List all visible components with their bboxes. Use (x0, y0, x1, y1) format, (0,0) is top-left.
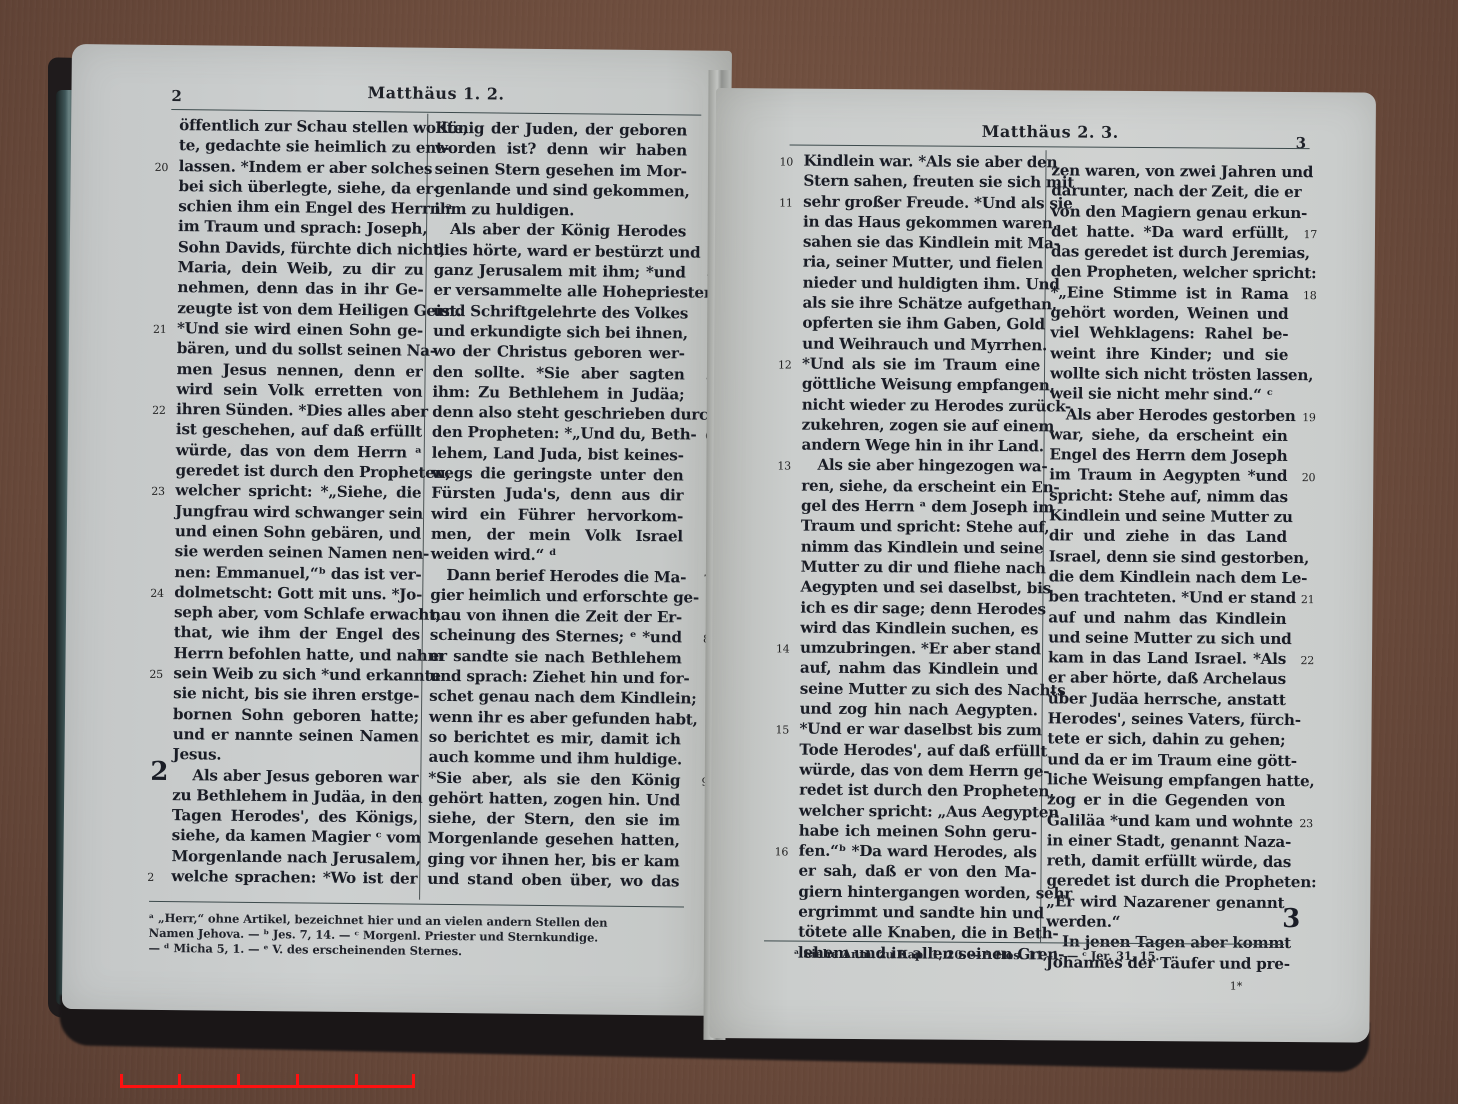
text-line: kam in das Land Israel. *Als22 (1048, 647, 1286, 669)
line-text: dir und ziehe in das Land (1049, 527, 1287, 547)
text-line: auch komme und ihm huldige. (428, 747, 680, 770)
text-line: wollte sich nicht trösten lassen, (1050, 363, 1288, 385)
text-line: Dann berief Herodes die Ma-7 (430, 564, 682, 587)
text-line: würde, das von dem Herrn ge- (799, 760, 1037, 782)
line-text: zog er in die Gegenden von (1047, 791, 1285, 811)
line-text: weint ihre Kinder; und sie (1050, 344, 1288, 364)
verse-number: 20 (155, 157, 169, 177)
line-text: nen: Emmanuel,“ᵇ das ist ver- (174, 563, 421, 584)
text-line: andern Wege hin in ihr Land. (801, 435, 1039, 457)
text-line: ging vor ihnen her, bis er kam (427, 848, 679, 871)
scale-bar-tick (412, 1074, 415, 1088)
text-line: und da er im Traum eine gött- (1047, 749, 1285, 771)
line-text: habe ich meinen Sohn geru- (799, 821, 1037, 841)
verse-number: 21 (153, 320, 167, 340)
line-text: Als aber Herodes gestorben (1066, 405, 1296, 425)
line-text: und seine Mutter zu sich und (1048, 628, 1291, 648)
text-line: „Er wird Nazarener genannt (1046, 891, 1284, 913)
text-line: zukehren, zogen sie auf einem (802, 414, 1040, 436)
line-text: ging vor ihnen her, bis er kam (427, 849, 679, 870)
line-text: gehört worden, Weinen und (1050, 303, 1288, 323)
line-text: ist geschehen, auf daß erfüllt (176, 421, 422, 442)
verse-number: 22 (1300, 651, 1314, 671)
text-line: Tode Herodes', auf daß erfüllt (799, 739, 1037, 761)
text-line: geredet ist durch die Propheten: (1046, 871, 1284, 893)
line-text: redet ist durch den Propheten, (799, 781, 1054, 801)
text-line: sein Weib zu sich *und erkannte25 (173, 663, 419, 686)
line-text: Maria, dein Weib, zu dir zu (178, 258, 424, 279)
text-line: nen: Emmanuel,“ᵇ das ist ver- (174, 562, 420, 585)
text-line: genlande und sind gekommen, (434, 179, 686, 202)
text-line: seine Mutter zu sich des Nachts (800, 678, 1038, 700)
verse-number: 18 (1303, 286, 1317, 306)
line-text: wird sein Volk erretten von (176, 380, 422, 401)
line-text: Herodes', seines Vaters, fürch- (1048, 709, 1301, 729)
line-text: ganz Jerusalem mit ihm; *und (434, 261, 686, 282)
line-text: tötete alle Knaben, die in Beth- (798, 923, 1059, 943)
line-text: Mutter zu dir und fliehe nach (801, 558, 1046, 578)
line-text: zukehren, zogen sie auf einem (802, 415, 1055, 435)
header-rule (171, 109, 701, 116)
line-text: auch komme und ihm huldige. (428, 748, 682, 769)
line-text: war, siehe, da erscheint ein (1050, 425, 1288, 445)
line-text: ergrimmt und sandte hin und (798, 903, 1044, 923)
line-text: ihren Sünden. *Dies alles aber (176, 400, 428, 421)
line-text: schet genau nach dem Kindlein; (429, 687, 697, 708)
text-line: werden.“ (1046, 911, 1284, 933)
line-text: würde, das von dem Herrn ge- (799, 761, 1049, 781)
text-line: dolmetscht: Gott mit uns. *Jo-24 (174, 582, 420, 605)
text-line: Morgenlande nach Jerusalem, (171, 846, 417, 869)
verse-number: 17 (1303, 225, 1317, 245)
text-column-2: König der Juden, der geborenworden ist? … (427, 118, 687, 892)
line-text: das geredet ist durch Jeremias, (1051, 243, 1310, 263)
line-text: und er nannte seinen Namen (173, 725, 419, 746)
text-line: zeugte ist von dem Heiligen Geist. (177, 298, 423, 321)
text-column-2: zen waren, von zwei Jahren unddarunter, … (1046, 160, 1290, 974)
line-text: Tode Herodes', auf daß erfüllt (799, 740, 1047, 760)
line-text: sein Weib zu sich *und erkannte (173, 664, 440, 685)
line-text: *Und als sie im Traum eine (802, 355, 1040, 375)
text-line: darunter, nach der Zeit, die er (1051, 181, 1289, 203)
text-line: Tagen Herodes', des Königs, (172, 805, 418, 828)
line-text: Morgenlande gesehen hatten, (428, 829, 680, 850)
line-text: giern hintergangen worden, sehr (798, 882, 1072, 902)
text-line: Als aber Jesus geboren war (172, 765, 418, 788)
line-text: tete er sich, dahin zu gehen; (1047, 730, 1285, 750)
line-text: opferten sie ihm Gaben, Gold (802, 314, 1045, 334)
line-text: wird ein Führer hervorkom- (431, 504, 683, 525)
line-text: *„Eine Stimme ist in Rama (1051, 283, 1289, 303)
text-line: Jungfrau wird schwanger sein (175, 501, 421, 524)
line-text: und sprach: Ziehet hin und for- (429, 667, 689, 688)
text-line: nau von ihnen die Zeit der Er- (430, 605, 682, 628)
text-line: bären, und du sollst seinen Na- (177, 338, 423, 361)
text-line: Maria, dein Weib, zu dir zu (178, 257, 424, 280)
text-line: Sohn Davids, fürchte dich nicht, (178, 237, 424, 260)
line-text: nimm das Kindlein und seine (801, 537, 1044, 557)
line-text: göttliche Weisung empfangen, (802, 375, 1055, 395)
text-line: Morgenlande gesehen hatten, (428, 828, 680, 851)
text-line: war, siehe, da erscheint ein (1050, 424, 1288, 446)
line-text: geredet ist durch den Propheten, (175, 461, 450, 482)
text-line: Herrn befohlen hatte, und nahm (174, 643, 420, 666)
line-text: in einer Stadt, genannt Naza- (1047, 831, 1291, 851)
text-line: opferten sie ihm Gaben, Gold (802, 313, 1040, 335)
line-text: *Und er war daselbst bis zum (799, 720, 1041, 740)
line-text: bären, und du sollst seinen Na- (177, 339, 436, 360)
text-line: weint ihre Kinder; und sie (1050, 343, 1288, 365)
text-line: welche sprachen: *Wo ist der2 (171, 866, 417, 889)
text-line: in einer Stadt, genannt Naza- (1047, 830, 1285, 852)
line-text: umzubringen. *Er aber stand (800, 639, 1041, 659)
line-text: Engel des Herrn dem Joseph (1049, 445, 1287, 465)
text-line: welcher spricht: *„Siehe, die23 (175, 480, 421, 503)
line-text: zu Bethlehem in Judäa, in den (172, 786, 423, 807)
text-line: siehe, da kamen Magier ᶜ vom (172, 825, 418, 848)
line-text: bornen Sohn geboren hatte; (173, 705, 419, 726)
text-line: ich es dir sage; denn Herodes (800, 597, 1038, 619)
line-text: nehmen, denn das in ihr Ge- (177, 278, 423, 299)
verse-number: 20 (1302, 469, 1316, 489)
chapter-marker: 3 (1282, 904, 1300, 934)
text-line: Stern sahen, freuten sie sich mit (803, 171, 1041, 193)
text-line: und Weihrauch und Myrrhen. (802, 333, 1040, 355)
line-text: scheinung des Sternes; ᵉ *und (430, 626, 682, 647)
text-line: Als aber Herodes gestorben19 (1050, 404, 1288, 426)
text-line: ria, seiner Mutter, und fielen (803, 252, 1041, 274)
text-line: ihren Sünden. *Dies alles aber22 (176, 399, 422, 422)
line-text: werden.“ (1046, 912, 1120, 931)
text-line: und seine Mutter zu sich und (1048, 627, 1286, 649)
line-text: kam in das Land Israel. *Als (1048, 648, 1286, 668)
line-text: öffentlich zur Schau stellen wollte, (179, 116, 468, 137)
text-line: Fürsten Juda's, denn aus dir (431, 483, 683, 506)
text-line: wo der Christus geboren wer- (433, 341, 685, 364)
text-line: Jesus. (172, 744, 418, 767)
line-text: liche Weisung empfangen hatte, (1047, 770, 1314, 790)
text-line: ren, siehe, da erscheint ein En- (801, 475, 1039, 497)
text-line: Kindlein war. *Als sie aber den10 (803, 151, 1041, 173)
line-text: würde, das von dem Herrn ᵃ (176, 441, 422, 462)
text-line: und stand oben über, wo das (427, 869, 679, 892)
line-text: Kindlein war. *Als sie aber den (803, 152, 1057, 172)
line-text: nieder und huldigten ihm. Und (803, 273, 1060, 293)
line-text: er sah, daß er von den Ma- (798, 862, 1036, 882)
line-text: spricht: Stehe auf, nimm das (1049, 486, 1288, 506)
line-text: er versammelte alle Hohepriester (433, 281, 711, 302)
line-text: und zog hin nach Aegypten. (800, 700, 1038, 720)
line-text: wegs die geringste unter den (431, 464, 683, 485)
text-line: te, gedachte sie heimlich zu ent- (179, 135, 425, 158)
line-text: viel Wehklagens: Rahel be- (1050, 324, 1288, 344)
line-text: dolmetscht: Gott mit uns. *Jo- (174, 583, 422, 604)
line-text: Sohn Davids, fürchte dich nicht, (178, 238, 445, 259)
text-line: umzubringen. *Er aber stand14 (800, 638, 1038, 660)
verse-number: 10 (779, 152, 793, 172)
text-line: wird ein Führer hervorkom- (431, 503, 683, 526)
text-line: Herodes', seines Vaters, fürch- (1048, 708, 1286, 730)
text-line: den Propheten, welcher spricht: (1051, 262, 1289, 284)
scale-bar-tick (355, 1074, 358, 1088)
line-text: über Judäa herrsche, anstatt (1048, 689, 1286, 709)
line-text: den Propheten, welcher spricht: (1051, 263, 1317, 283)
line-text: und erkundigte sich bei ihnen, (433, 322, 688, 343)
text-line: würde, das von dem Herrn ᵃ (176, 440, 422, 463)
text-line: weil sie nicht mehr sind.“ ᶜ (1050, 384, 1288, 406)
line-text: ben trachteten. *Und er stand (1048, 588, 1296, 608)
line-text: gier heimlich und erforschte ge- (430, 586, 699, 607)
text-line: so berichtet es mir, damit ich (429, 727, 681, 750)
text-line: bornen Sohn geboren hatte; (173, 704, 419, 727)
line-text: auf und nahm das Kindlein (1048, 608, 1286, 628)
line-text: lassen. *Indem er aber solches (179, 157, 433, 178)
line-text: wenn ihr es aber gefunden habt, (429, 707, 698, 728)
verse-number: 14 (776, 640, 790, 660)
line-text: seine Mutter zu sich des Nachts (800, 679, 1066, 699)
line-text: in das Haus gekommen waren, (803, 213, 1058, 233)
footnotes: ᵃ „Herr,“ ohne Artikel, bezeichnet hier … (148, 911, 688, 962)
scale-bar-tick (296, 1074, 299, 1088)
text-line: denn also steht geschrieben durch (432, 402, 684, 425)
line-text: zen waren, von zwei Jahren und (1051, 161, 1313, 181)
text-line: göttliche Weisung empfangen, (802, 374, 1040, 396)
signature-mark: 1* (1230, 980, 1243, 993)
line-text: schien ihm ein Engel des Herrn ᵃ (178, 197, 452, 218)
text-line: gier heimlich und erforschte ge- (430, 585, 682, 608)
line-text: lehem, Land Juda, bist keines- (432, 444, 684, 465)
verse-number: 23 (1299, 814, 1313, 834)
line-text: Kindlein und seine Mutter zu (1049, 506, 1293, 526)
line-text: gehört hatten, zogen hin. Und (428, 789, 680, 810)
text-line: bei sich überlegte, siehe, da er- (178, 176, 424, 199)
line-text: als sie ihre Schätze aufgethan, (802, 294, 1056, 314)
line-text: Als aber Jesus geboren war (192, 766, 418, 786)
text-line: welcher spricht: „Aus Aegypten (799, 800, 1037, 822)
line-text: ich es dir sage; denn Herodes (800, 598, 1046, 618)
text-line: scheinung des Sternes; ᵉ *und8 (430, 625, 682, 648)
text-line: Israel, denn sie sind gestorben, (1049, 546, 1287, 568)
running-head: Matthäus 2. 3. (982, 122, 1119, 142)
line-text: ihm zu huldigen. (434, 200, 574, 219)
text-column-1: Kindlein war. *Als sie aber den10Stern s… (798, 151, 1042, 965)
text-line: als sie ihre Schätze aufgethan, (802, 293, 1040, 315)
text-line: gel des Herrn ᵃ dem Joseph im (801, 496, 1039, 518)
text-line: König der Juden, der geboren (435, 118, 687, 141)
line-text: den sollte. *Sie aber sagten (432, 362, 684, 383)
text-line: Aegypten und sei daselbst, bis (800, 577, 1038, 599)
text-line: zu Bethlehem in Judäa, in den (172, 785, 418, 808)
text-line: nehmen, denn das in ihr Ge- (177, 277, 423, 300)
text-line: ihm: Zu Bethlehem in Judäa; (432, 382, 684, 405)
line-text: gel des Herrn ᵃ dem Joseph im (801, 497, 1054, 517)
verse-number: 2 (147, 868, 154, 888)
verse-number: 12 (778, 355, 792, 375)
running-head: Matthäus 1. 2. (367, 83, 504, 103)
verse-number: 23 (151, 482, 165, 502)
text-line: und sprach: Ziehet hin und for- (429, 666, 681, 689)
line-text: Morgenlande nach Jerusalem, (171, 847, 420, 868)
line-text: men Jesus nennen, denn er (177, 360, 423, 381)
line-text: Fürsten Juda's, denn aus dir (431, 484, 683, 505)
text-line: und zog hin nach Aegypten. (800, 699, 1038, 721)
line-text: er sandte sie nach Bethlehem (430, 646, 682, 667)
text-line: ben trachteten. *Und er stand21 (1048, 587, 1286, 609)
line-text: ihm: Zu Bethlehem in Judäa; (432, 383, 684, 404)
line-text: andern Wege hin in ihr Land. (801, 436, 1043, 456)
line-text: denn also steht geschrieben durch (432, 403, 719, 424)
line-text: siehe, da kamen Magier ᶜ vom (172, 826, 421, 847)
scale-bar-tick (120, 1074, 123, 1088)
line-text: men, der mein Volk Israel (431, 525, 683, 546)
text-line: er versammelte alle Hohepriester (433, 280, 685, 303)
text-line: redet ist durch den Propheten, (799, 780, 1037, 802)
text-line: und erkundigte sich bei ihnen, (433, 321, 685, 344)
text-line: geredet ist durch den Propheten, (175, 460, 421, 483)
text-line: sie werden seinen Namen nen- (175, 541, 421, 564)
text-line: das geredet ist durch Jeremias, (1051, 242, 1289, 264)
text-line: und einen Sohn gebären, und (175, 521, 421, 544)
line-text: welche sprachen: *Wo ist der (171, 867, 417, 888)
line-text: nicht wieder zu Herodes zurück- (802, 395, 1071, 415)
line-text: im Traum und sprach: Joseph, (178, 218, 427, 239)
line-text: und einen Sohn gebären, und (175, 522, 421, 543)
right-page: Matthäus 2. 3. 3 Kindlein war. *Als sie … (709, 88, 1376, 1043)
text-line: ist geschehen, auf daß erfüllt (176, 420, 422, 443)
text-line: die dem Kindlein nach dem Le- (1049, 566, 1287, 588)
text-line: tete er sich, dahin zu gehen; (1047, 729, 1285, 751)
text-line: dir und ziehe in das Land (1049, 526, 1287, 548)
text-line: dies hörte, ward er bestürzt und (434, 240, 686, 263)
text-line: men Jesus nennen, denn er (176, 359, 422, 382)
line-text: worden ist? denn wir haben (435, 139, 687, 160)
line-text: nau von ihnen die Zeit der Er- (430, 606, 682, 627)
text-line: nimm das Kindlein und seine (801, 536, 1039, 558)
verse-number: 24 (150, 584, 164, 604)
line-text: zeugte ist von dem Heiligen Geist. (177, 299, 461, 320)
text-line: Als sie aber hingezogen wa-13 (801, 455, 1039, 477)
line-text: den Propheten: *„Und du, Beth- (432, 423, 697, 444)
text-line: wird das Kindlein suchen, es (800, 617, 1038, 639)
text-line: men, der mein Volk Israel (431, 524, 683, 547)
header-rule (790, 145, 1310, 150)
text-line: gehört worden, Weinen und (1050, 302, 1288, 324)
text-line: Engel des Herrn dem Joseph (1049, 444, 1287, 466)
line-text: fen.“ᵇ *Da ward Herodes, als (799, 842, 1037, 862)
scale-bar-base (120, 1085, 415, 1088)
text-line: *Und er war daselbst bis zum15 (799, 719, 1037, 741)
text-line: ganz Jerusalem mit ihm; *und4 (434, 260, 686, 283)
chapter-marker: 2 (150, 757, 168, 787)
text-line: *„Eine Stimme ist in Rama18 (1051, 282, 1289, 304)
line-text: Israel, denn sie sind gestorben, (1049, 547, 1309, 567)
line-text: sehr großer Freude. *Und als sie (803, 192, 1073, 212)
line-text: dies hörte, ward er bestürzt und (434, 241, 701, 262)
scale-bar-tick (178, 1074, 181, 1088)
left-page: 2 Matthäus 1. 2. 2 öffentlich zur Schau … (62, 44, 732, 1016)
text-line: Mutter zu dir und fliehe nach (801, 557, 1039, 579)
text-line: ihm zu huldigen. (434, 199, 686, 222)
line-text: wo der Christus geboren wer- (433, 342, 685, 363)
text-line: sie nicht, bis sie ihren erstge- (173, 683, 419, 706)
line-text: welcher spricht: *„Siehe, die (175, 481, 421, 502)
text-line: den Propheten: *„Und du, Beth-6 (432, 422, 684, 445)
line-text: bei sich überlegte, siehe, da er- (178, 177, 439, 198)
text-line: zog er in die Gegenden von (1047, 790, 1285, 812)
text-line: siehe, der Stern, den sie im (428, 808, 680, 831)
line-text: Aegypten und sei daselbst, bis (800, 578, 1051, 598)
text-line: *Sie aber, als sie den König9 (428, 767, 680, 790)
text-line: that, wie ihm der Engel des (174, 623, 420, 646)
text-line: lehem, Land Juda, bist keines- (432, 443, 684, 466)
line-text: weiden wird.“ ᵈ (431, 545, 557, 564)
line-text: Als sie aber hingezogen wa- (817, 456, 1047, 476)
line-text: wird das Kindlein suchen, es (800, 618, 1038, 638)
text-line: weiden wird.“ ᵈ (431, 544, 683, 567)
line-text: von den Magiern genau erkun- (1051, 202, 1307, 222)
line-text: genlande und sind gekommen, (434, 180, 689, 201)
text-line: über Judäa herrsche, anstatt (1048, 688, 1286, 710)
text-line: auf und nahm das Kindlein (1048, 607, 1286, 629)
text-line: det hatte. *Da ward erfüllt,17 (1051, 221, 1289, 243)
text-line: Als aber der König Herodes3 (434, 219, 686, 242)
text-line: liche Weisung empfangen hatte, (1047, 769, 1285, 791)
line-text: det hatte. *Da ward erfüllt, (1051, 222, 1289, 242)
text-line: habe ich meinen Sohn geru- (799, 820, 1037, 842)
line-text: er aber hörte, daß Archelaus (1048, 669, 1286, 689)
line-text: geredet ist durch die Propheten: (1046, 872, 1316, 892)
line-text: that, wie ihm der Engel des (174, 624, 420, 645)
text-line: und er nannte seinen Namen (173, 724, 419, 747)
line-text: Stern sahen, freuten sie sich mit (803, 172, 1074, 192)
text-line: fen.“ᵇ *Da ward Herodes, als16 (799, 841, 1037, 863)
line-text: ria, seiner Mutter, und fielen (803, 253, 1043, 273)
line-text: siehe, der Stern, den sie im (428, 809, 680, 830)
text-line: zen waren, von zwei Jahren und (1051, 160, 1289, 182)
verse-number: 11 (779, 193, 793, 213)
text-line: schien ihm ein Engel des Herrn ᵃ (178, 196, 424, 219)
text-line: *Und als sie im Traum eine12 (802, 354, 1040, 376)
text-line: schet genau nach dem Kindlein; (429, 686, 681, 709)
text-line: giern hintergangen worden, sehr (798, 881, 1036, 903)
text-line: wenn ihr es aber gefunden habt, (429, 706, 681, 729)
line-text: Dann berief Herodes die Ma- (446, 565, 686, 586)
verse-number: 15 (775, 721, 789, 741)
text-line: im Traum in Aegypten *und20 (1049, 465, 1287, 487)
line-text: sie werden seinen Namen nen- (175, 542, 430, 563)
line-text: wollte sich nicht trösten lassen, (1050, 364, 1313, 384)
text-line: Traum und spricht: Stehe auf, (801, 516, 1039, 538)
line-text: reth, damit erfüllt würde, das (1047, 851, 1292, 871)
line-text: auf, nahm das Kindlein und (800, 659, 1038, 679)
footnote-rule (149, 901, 684, 908)
text-line: seinen Stern gesehen im Mor- (435, 158, 687, 181)
page-number: 2 (171, 87, 182, 105)
text-line: *Und sie wird einen Sohn ge-21 (177, 318, 423, 341)
text-line: er sandte sie nach Bethlehem (430, 645, 682, 668)
line-text: te, gedachte sie heimlich zu ent- (179, 136, 449, 157)
text-line: er aber hörte, daß Archelaus (1048, 668, 1286, 690)
verse-number: 16 (775, 843, 789, 863)
line-text: sie nicht, bis sie ihren erstge- (173, 684, 419, 705)
text-line: Kindlein und seine Mutter zu (1049, 505, 1287, 527)
line-text: *Sie aber, als sie den König (428, 768, 680, 789)
text-line: Galiläa *und kam und wohnte23 (1047, 810, 1285, 832)
text-line: gehört hatten, zogen hin. Und (428, 788, 680, 811)
text-line: im Traum und sprach: Joseph, (178, 217, 424, 240)
text-line: und Schriftgelehrte des Volkes (433, 300, 685, 323)
verse-number: 21 (1301, 590, 1315, 610)
